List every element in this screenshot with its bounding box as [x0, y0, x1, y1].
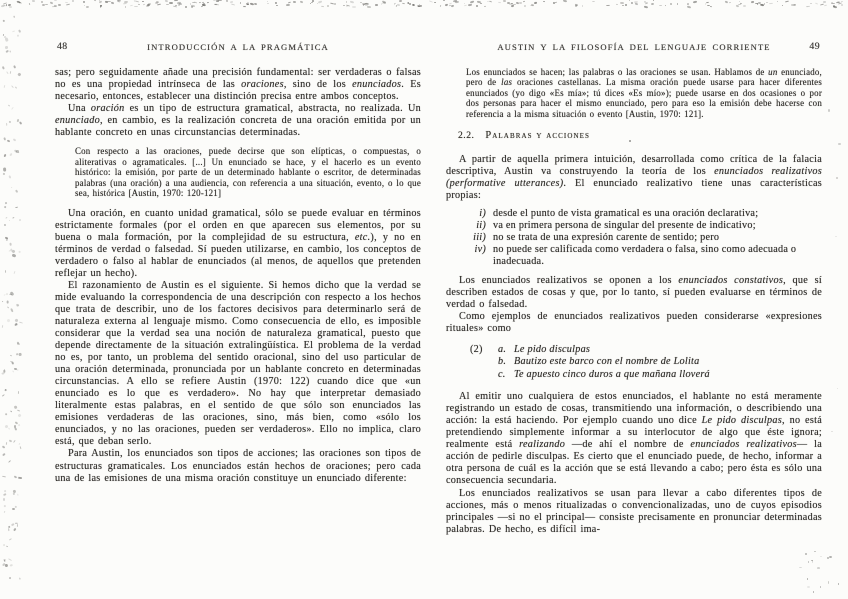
- paragraph-ejemplos-intro: Como ejemplos de enunciados realizativos…: [446, 311, 822, 335]
- right-running-head: AUSTIN Y LA FILOSOFÍA DEL LENGUAJE CORRI…: [446, 42, 822, 54]
- example-marker: b.: [498, 356, 514, 368]
- list-text: no puede ser calificada como verdadera o…: [493, 244, 822, 268]
- example-item: a. Le pido disculpas: [498, 344, 822, 356]
- list-item: iii) no se trata de una expresión carent…: [446, 232, 822, 244]
- running-header: AUSTIN Y LA FILOSOFÍA DEL LENGUAJE CORRI…: [446, 42, 822, 52]
- austin-quote-oraciones: Con respecto a las oraciones, puede deci…: [75, 146, 421, 198]
- austin-quote-enunciados: Los enunciados se hacen; las palabras o …: [466, 67, 822, 119]
- page-number: 49: [809, 41, 820, 52]
- list-item: ii) va en primera persona de singular de…: [446, 220, 822, 232]
- example-text: Le pido disculpas: [514, 344, 590, 356]
- list-item: i) desde el punto de vista gramatical es…: [446, 208, 822, 220]
- list-text: desde el punto de vista gramatical es un…: [493, 208, 822, 220]
- list-marker: iv): [446, 244, 493, 268]
- list-marker: ii): [446, 220, 493, 232]
- right-page: AUSTIN Y LA FILOSOFÍA DEL LENGUAJE CORRI…: [446, 42, 822, 536]
- paragraph-constativos: Los enunciados realizativos se oponen a …: [446, 275, 822, 311]
- paragraph-razonamiento: El razonamiento de Austin es el siguient…: [55, 280, 421, 449]
- example-text: Bautizo este barco con el nombre de Loli…: [514, 356, 699, 368]
- section-number: 2.2.: [458, 130, 474, 141]
- list-marker: i): [446, 208, 493, 220]
- list-item: iv) no puede ser calificada como verdade…: [446, 244, 822, 268]
- example-items: a. Le pido disculpas b. Bautizo este bar…: [498, 344, 822, 381]
- running-header: INTRODUCCIÓN A LA PRAGMÁTICA: [55, 42, 421, 52]
- example-marker: a.: [498, 344, 514, 356]
- example-marker: c.: [498, 369, 514, 381]
- paragraph-continuation: sas; pero seguidamente añade una precisi…: [55, 67, 421, 103]
- section-title: Palabras y acciones: [485, 130, 590, 141]
- example-item: b. Bautizo este barco con el nombre de L…: [498, 356, 822, 368]
- characteristics-list: i) desde el punto de vista gramatical es…: [446, 208, 822, 267]
- paragraph-evaluacion: Una oración, en cuanto unidad gramatical…: [55, 208, 421, 280]
- paragraph-intro-realizativos: A partir de aquella primera intuición, d…: [446, 154, 822, 202]
- left-page: 48 INTRODUCCIÓN A LA PRAGMÁTICA sas; per…: [55, 42, 421, 485]
- list-text: no se trata de una expresión carente de …: [493, 232, 822, 244]
- paragraph-al-emitir: Al emitir uno cualquiera de estos enunci…: [446, 391, 822, 487]
- paragraph-usos: Los enunciados realizativos se usan para…: [446, 488, 822, 536]
- scanned-book-spread: 48 INTRODUCCIÓN A LA PRAGMÁTICA sas; per…: [0, 0, 848, 599]
- list-marker: iii): [446, 232, 493, 244]
- list-text: va en primera persona de singular del pr…: [493, 220, 822, 232]
- paragraph-para-austin: Para Austin, los enunciados son tipos de…: [55, 448, 421, 484]
- example-text: Te apuesto cinco duros a que mañana llov…: [514, 369, 710, 381]
- example-label: (2): [470, 344, 498, 381]
- paragraph-oracion-enunciado: Una oración es un tipo de estructura gra…: [55, 103, 421, 139]
- left-running-head: 48 INTRODUCCIÓN A LA PRAGMÁTICA: [55, 42, 421, 54]
- example-item: c. Te apuesto cinco duros a que mañana l…: [498, 369, 822, 381]
- section-heading: 2.2.Palabras y acciones: [458, 130, 822, 141]
- examples-block: (2) a. Le pido disculpas b. Bautizo este…: [446, 344, 822, 381]
